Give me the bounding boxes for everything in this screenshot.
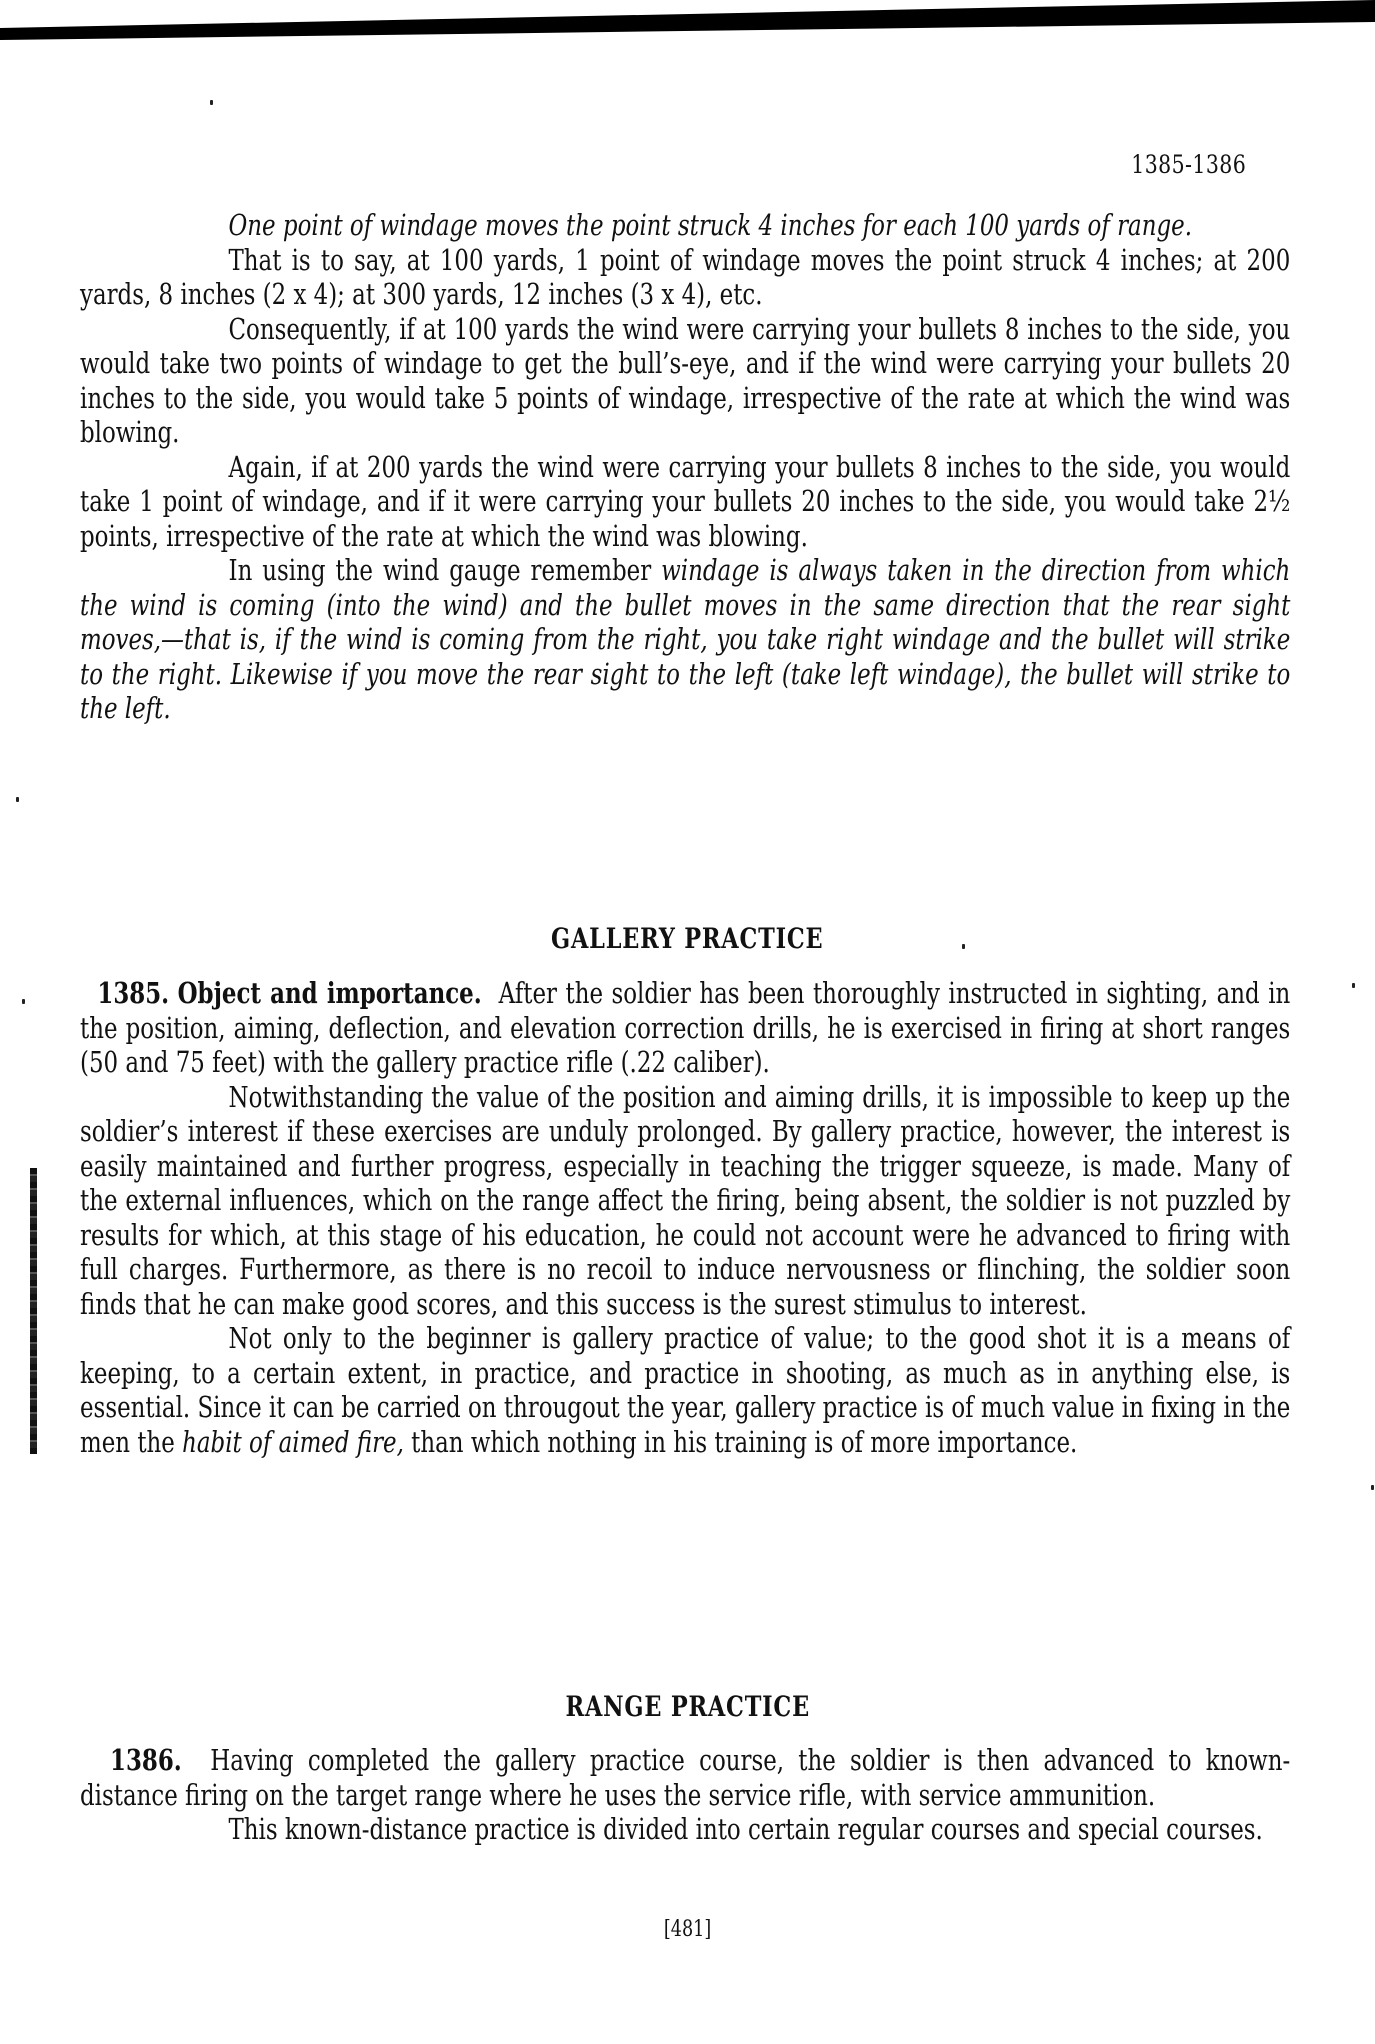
scan-speck	[210, 100, 213, 105]
section-title: Object and importance.	[178, 976, 482, 1010]
scan-speck	[1352, 983, 1355, 988]
paragraph: Not only to the beginner is gallery prac…	[80, 1321, 1290, 1459]
gallery-practice-text: 1385. Object and importance. After the s…	[80, 976, 1290, 1459]
paragraph: Consequently, if at 100 yards the wind w…	[80, 312, 1290, 450]
paragraph-lead: In using the wind gauge remember	[229, 553, 662, 587]
paragraph: That is to say, at 100 yards, 1 point of…	[80, 243, 1290, 312]
section-body: Having completed the gallery practice co…	[80, 1743, 1290, 1812]
emphasis-text: habit of aimed fire,	[182, 1425, 404, 1459]
paragraph: In using the wind gauge remember windage…	[80, 553, 1290, 726]
page-number: [481]	[0, 1917, 1375, 1942]
section-1386: 1386. Having completed the gallery pract…	[80, 1743, 1290, 1812]
windage-rule: One point of windage moves the point str…	[80, 208, 1290, 243]
section-range-header: 1385-1386	[1131, 150, 1246, 179]
scan-speck	[1371, 1485, 1374, 1490]
windage-text: One point of windage moves the point str…	[80, 208, 1290, 726]
scan-edge-rule	[0, 0, 1375, 40]
paragraph-tail: than which nothing in his training is of…	[404, 1425, 1077, 1459]
scan-speck	[16, 797, 19, 802]
gallery-practice-heading: GALLERY PRACTICE	[0, 922, 1375, 955]
paragraph: Again, if at 200 yards the wind were car…	[80, 450, 1290, 554]
section-number: 1386.	[110, 1743, 182, 1777]
range-practice-heading: RANGE PRACTICE	[0, 1690, 1375, 1723]
range-practice-text: 1386. Having completed the gallery pract…	[80, 1743, 1290, 1847]
section-1385: 1385. Object and importance. After the s…	[80, 976, 1290, 1080]
scan-speck	[22, 999, 25, 1004]
paragraph: This known-distance practice is divided …	[80, 1812, 1290, 1847]
paragraph: Notwithstanding the value of the positio…	[80, 1080, 1290, 1322]
scan-margin-artifact	[30, 1168, 37, 1454]
section-number: 1385.	[97, 976, 169, 1010]
